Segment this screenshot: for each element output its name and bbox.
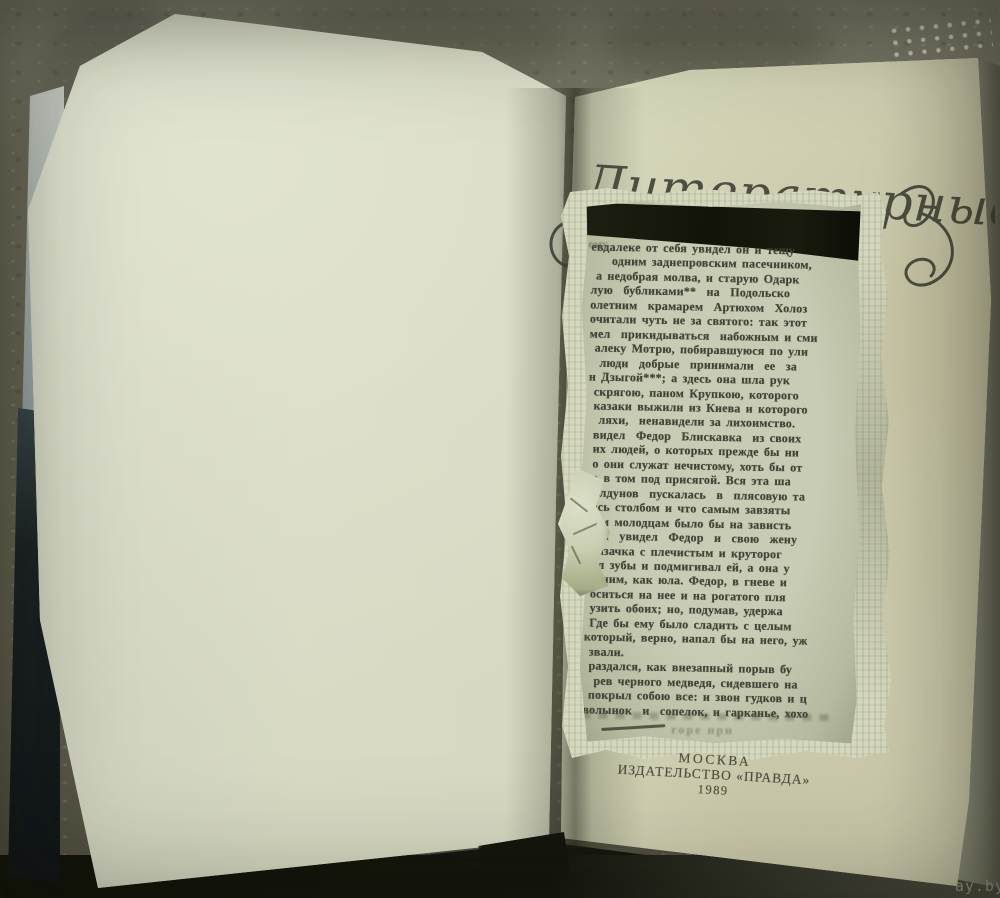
compartment-revealed-page: ему евдалеке от себя увидел он и тещу од… [575,197,865,748]
site-watermark: ay.by [955,877,1000,895]
ink-smear [601,724,665,731]
revealed-printed-text: евдалеке от себя увидел он и тещу одним … [582,239,862,724]
photo-open-book-safe: Литературные ему евдалеке от себя увидел… [0,0,1000,898]
faint-text-fragment-bottom: горе при [671,723,734,739]
